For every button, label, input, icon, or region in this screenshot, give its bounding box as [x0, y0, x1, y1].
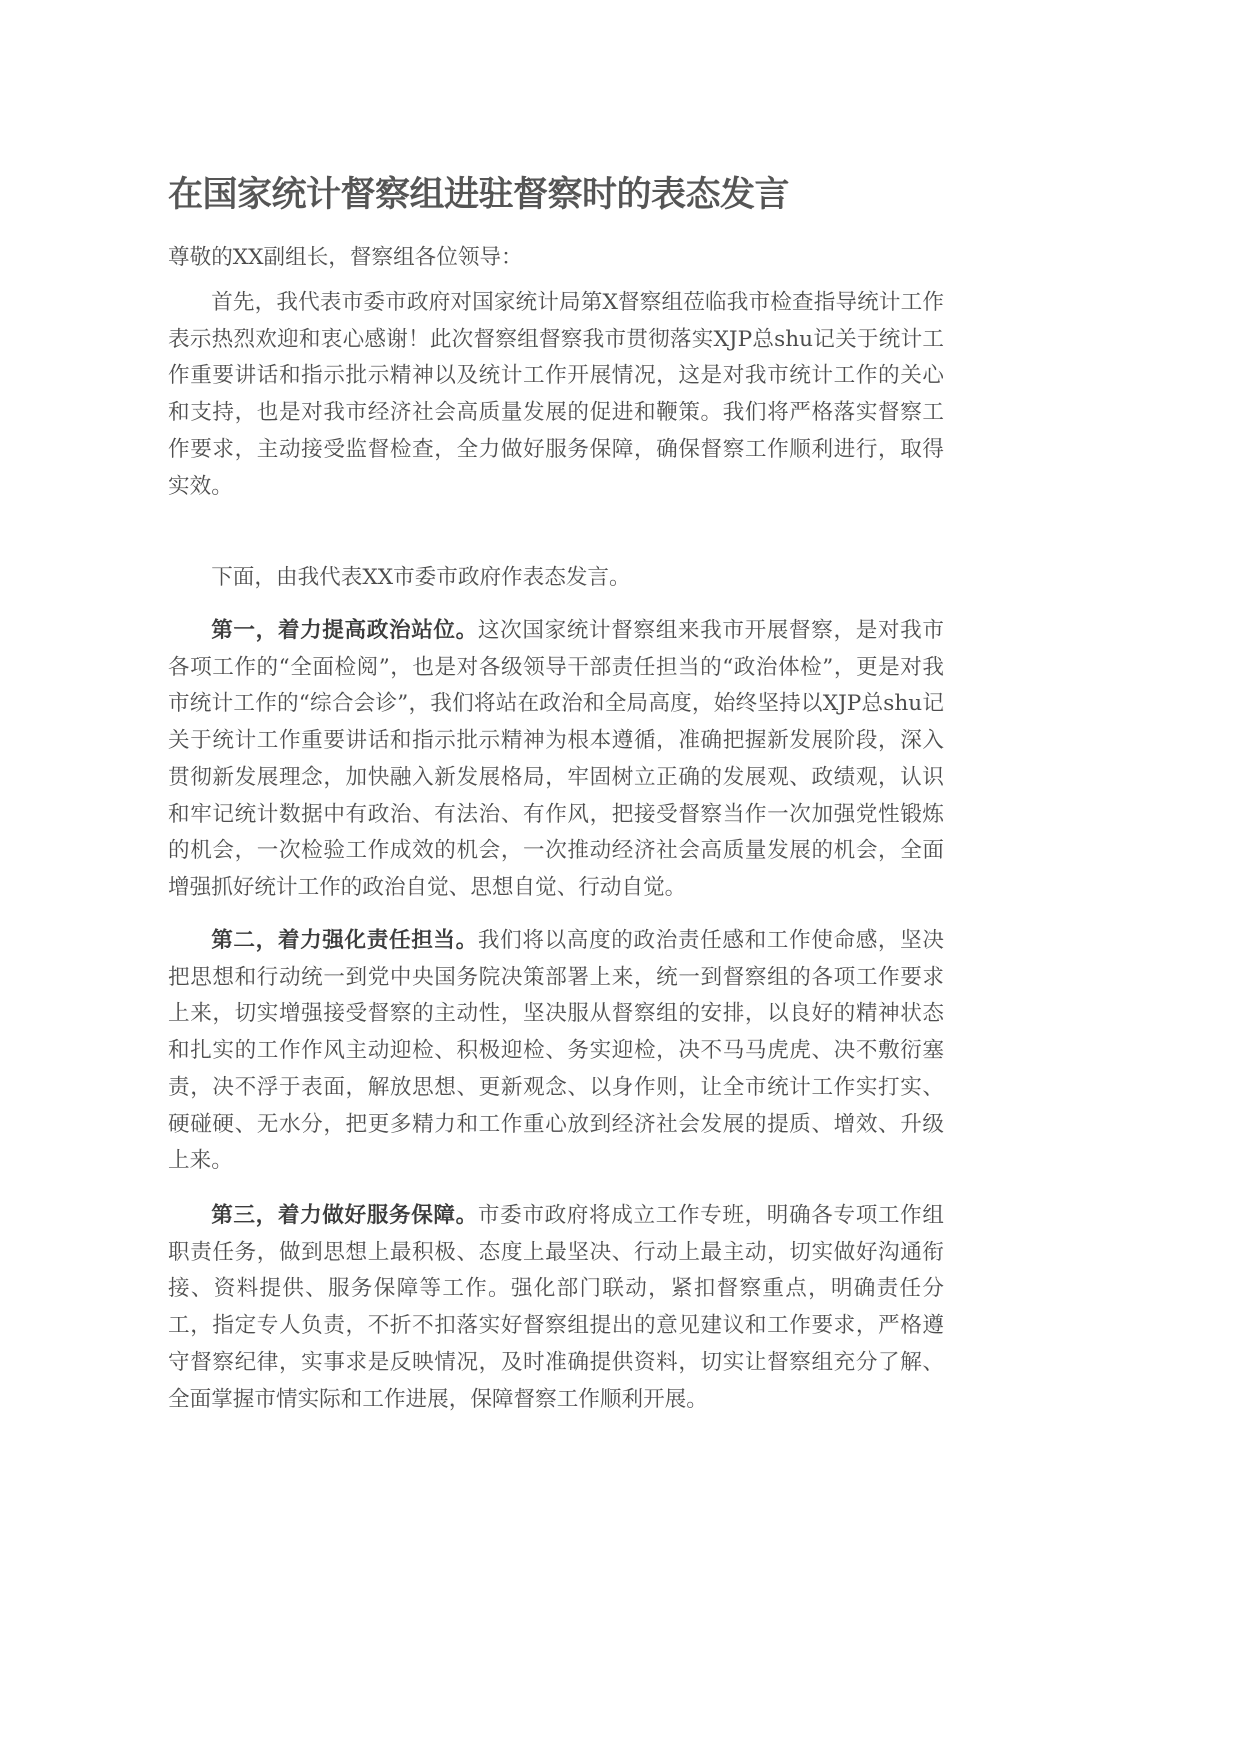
- paragraph-body: 首先，我代表市委市政府对国家统计局第X督察组莅临我市检查指导统计工作表示热烈欢迎…: [168, 290, 944, 499]
- paragraph-body: 我们将以高度的政治责任感和工作使命感，坚决把思想和行动统一到党中央国务院决策部署…: [168, 928, 944, 1173]
- paragraph-point-three: 第三，着力做好服务保障。市委市政府将成立工作专班，明确各专项工作组职责任务，做到…: [168, 1198, 944, 1418]
- paragraph-point-two: 第二，着力强化责任担当。我们将以高度的政治责任感和工作使命感，坚决把思想和行动统…: [168, 923, 944, 1180]
- document-title: 在国家统计督察组进驻督察时的表态发言: [168, 170, 988, 220]
- paragraph-body: 市委市政府将成立工作专班，明确各专项工作组职责任务，做到思想上最积极、态度上最坚…: [168, 1203, 944, 1412]
- paragraph-lead: 第二，着力强化责任担当。: [211, 928, 478, 953]
- paragraph-opening: 首先，我代表市委市政府对国家统计局第X督察组莅临我市检查指导统计工作表示热烈欢迎…: [168, 285, 944, 505]
- paragraph-body: 这次国家统计督察组来我市开展督察，是对我市各项工作的“全面检阅”，也是对各级领导…: [168, 618, 944, 900]
- paragraph-lead: 第一，着力提高政治站位。: [211, 618, 478, 643]
- paragraph-point-one: 第一，着力提高政治站位。这次国家统计督察组来我市开展督察，是对我市各项工作的“全…: [168, 613, 944, 907]
- paragraph-body: 下面，由我代表XX市委市政府作表态发言。: [211, 565, 630, 590]
- salutation: 尊敬的XX副组长，督察组各位领导：: [168, 240, 944, 277]
- paragraph-lead: 第三，着力做好服务保障。: [211, 1203, 478, 1228]
- paragraph-intro: 下面，由我代表XX市委市政府作表态发言。: [168, 560, 944, 597]
